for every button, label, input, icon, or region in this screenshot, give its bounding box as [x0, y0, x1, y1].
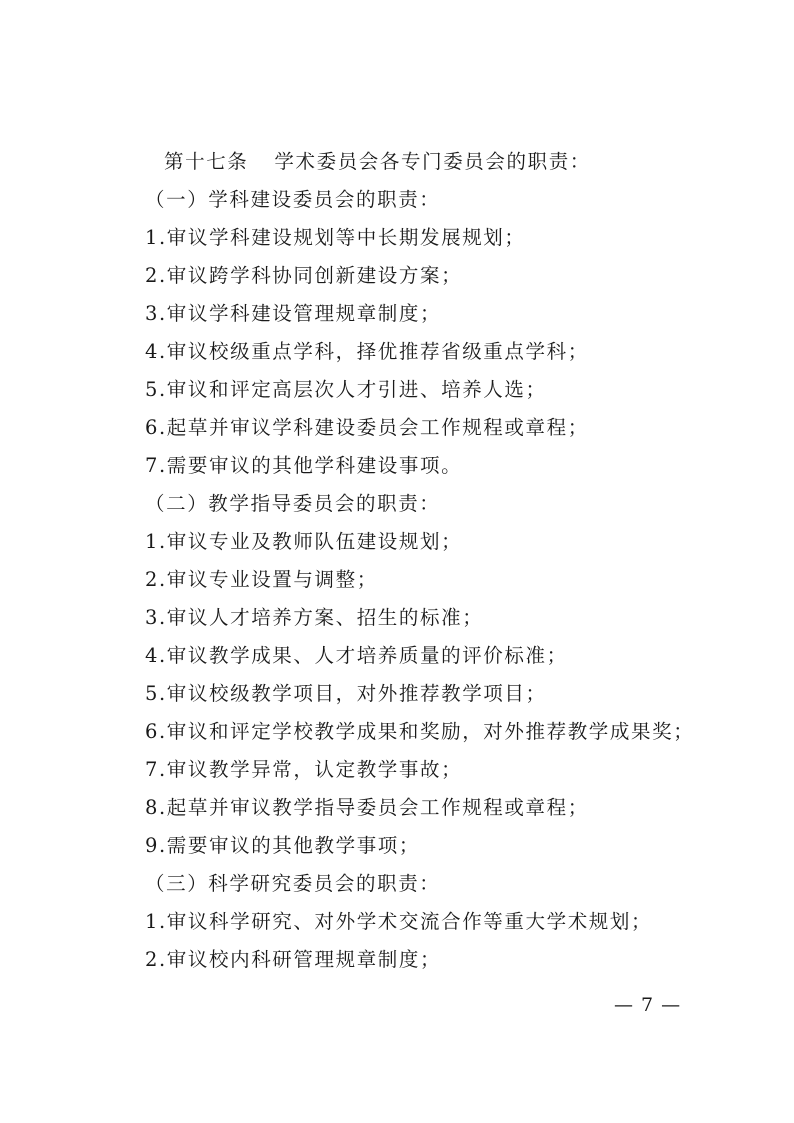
list-item: 2.审议校内科研管理规章制度；	[145, 948, 441, 972]
list-item: 7.需要审议的其他学科建设事项。	[145, 454, 462, 478]
list-item: 7.审议教学异常，认定教学事故；	[145, 758, 462, 782]
section-heading-1: （一）学科建设委员会的职责：	[145, 188, 440, 212]
article-title: 学术委员会各专门委员会的职责：	[274, 150, 591, 173]
list-item: 5.审议和评定高层次人才引进、培养人选；	[145, 378, 547, 402]
document-page: 第十七条学术委员会各专门委员会的职责： （一）学科建设委员会的职责： 1.审议学…	[0, 0, 794, 1123]
list-item: 4.审议校级重点学科，择优推荐省级重点学科；	[145, 340, 589, 364]
article-number: 第十七条	[164, 150, 248, 173]
list-item: 4.审议教学成果、人才培养质量的评价标准；	[145, 644, 568, 668]
list-item: 6.起草并审议学科建设委员会工作规程或章程；	[145, 416, 589, 440]
list-item: 1.审议专业及教师队伍建设规划；	[145, 530, 462, 554]
list-item: 8.起草并审议教学指导委员会工作规程或章程；	[145, 796, 589, 820]
list-item: 5.审议校级教学项目，对外推荐教学项目；	[145, 682, 547, 706]
list-item: 1.审议科学研究、对外学术交流合作等重大学术规划；	[145, 910, 652, 934]
list-item: 3.审议学科建设管理规章制度；	[145, 302, 441, 326]
section-heading-2: （二）教学指导委员会的职责：	[145, 492, 440, 516]
list-item: 2.审议跨学科协同创新建设方案；	[145, 264, 462, 288]
page-number: — 7 —	[614, 994, 681, 1016]
section-heading-3: （三）科学研究委员会的职责：	[145, 872, 440, 896]
list-item: 3.审议人才培养方案、招生的标准；	[145, 606, 483, 630]
article-heading: 第十七条学术委员会各专门委员会的职责：	[164, 150, 591, 174]
list-item: 2.审议专业设置与调整；	[145, 568, 378, 592]
list-item: 1.审议学科建设规划等中长期发展规划；	[145, 226, 526, 250]
list-item: 9.需要审议的其他教学事项；	[145, 834, 420, 858]
list-item: 6.审议和评定学校教学成果和奖励，对外推荐教学成果奖；	[145, 720, 694, 744]
